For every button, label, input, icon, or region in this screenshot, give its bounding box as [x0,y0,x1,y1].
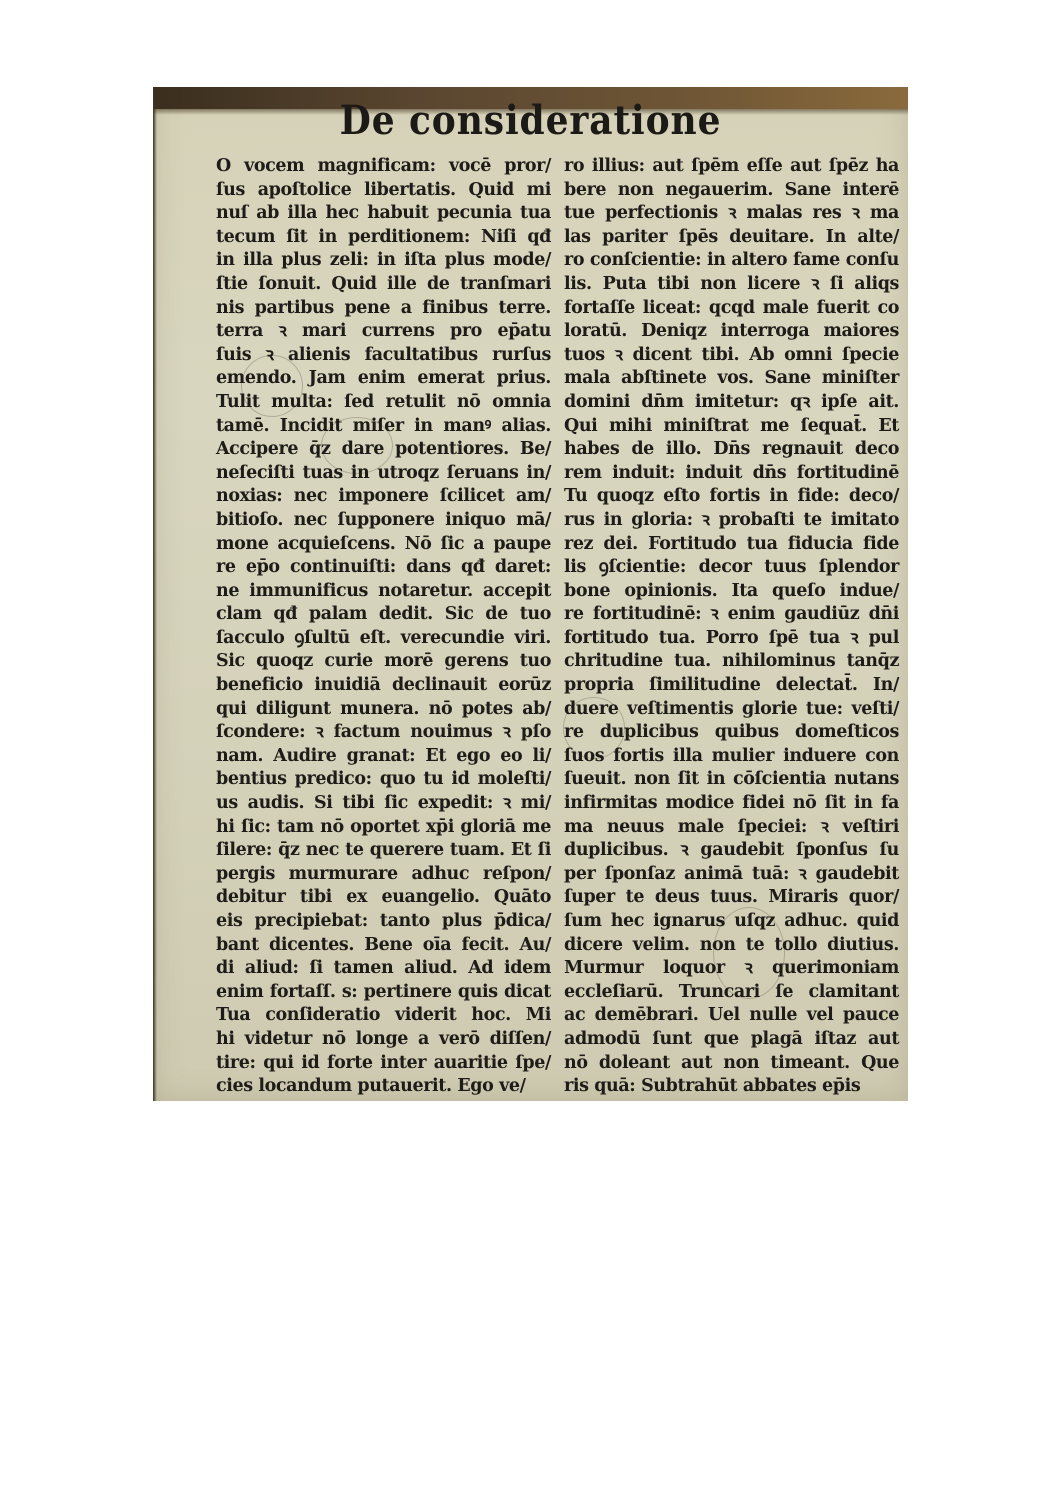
text-line: Qui mihi miniſtrat me ſequat̄. Et [564,415,899,439]
text-line: tecum ſit in perditionem: Niſi qđ [216,226,551,250]
text-line: dicere velim. non te tollo diutius. [564,934,899,958]
text-line: Murmur loquor ꝛ querimoniam [564,957,899,981]
text-line: noxias: nec imponere ſcilicet am/ [216,485,551,509]
text-line: debitur tibi ex euangelio. Quāto [216,886,551,910]
text-line: ac demēbrari. Uel nulle vel pauce [564,1004,899,1028]
text-line: nuſ ab illa hec habuit pecunia tua [216,202,551,226]
text-line: ma neuus male ſpeciei: ꝛ veſtiri [564,816,899,840]
text-line: las pariter ſpēs deuitare. In alte/ [564,226,899,250]
text-line: habes de illo. Dn̄s regnauit deco [564,438,899,462]
text-line: ne immunificus notaretur. accepit [216,580,551,604]
text-line: ro conſcientie: in altero fame conſu [564,249,899,273]
text-line: rez dei. Fortitudo tua fiducia fide [564,533,899,557]
text-line: enim fortaſſ. s: pertinere quis dicat [216,981,551,1005]
text-line: terra ꝛ mari currens pro ep̄atu [216,320,551,344]
text-line: beneficio inuidiā declinauit eorūz [216,674,551,698]
text-line: per ſponſaz animā tuā: ꝛ gaudebit [564,863,899,887]
text-line: O vocem magnificam: vocē pror/ [216,155,551,179]
text-line: tamē. Incidit miſer in manꝰ alias. [216,415,551,439]
text-line: ris quā: Subtrahūt abbates ep̄is [564,1075,899,1099]
text-line: fortaſſe liceat: qcqd male fuerit co [564,297,899,321]
text-line: lis. Puta tibi non licere ꝛ ſi aliqs [564,273,899,297]
text-line: neſeciſti tuas in utroqz ſeruans in/ [216,462,551,486]
text-line: di aliud: ſi tamen aliud. Ad idem [216,957,551,981]
text-column-left: O vocem magnificam: vocē pror/ ſus apoſt… [216,155,551,1099]
text-line: ſilere: q̄z nec te querere tuam. Et ſi [216,839,551,863]
text-line: domini dn̄m imitetur: qꝛ ipſe ait. [564,391,899,415]
text-line: Tulit multa: ſed retulit nō omnia [216,391,551,415]
text-line: infirmitas modice fidei nō ſit in fa [564,792,899,816]
text-line: hi ſic: tam nō oportet xp̄i gloriā me [216,816,551,840]
book-page: De consideratione O vocem magnificam: vo… [153,87,908,1101]
text-line: pergis murmurare adhuc reſpon/ [216,863,551,887]
text-line: eis precipiebat: tanto plus p̄dica/ [216,910,551,934]
text-line: rem induit: induit dn̄s fortitudinē [564,462,899,486]
text-line: ſuos fortis illa mulier induere con [564,745,899,769]
text-line: bitioſo. nec ſupponere iniquo mā/ [216,509,551,533]
text-line: ſacculo ꝯſultū eſt. verecundie viri. [216,627,551,651]
text-line: tuos ꝛ dicent tibi. Ab omni ſpecie [564,344,899,368]
text-line: re ep̄o continuiſti: dans qđ daret: [216,556,551,580]
text-line: tire: qui id forte inter auaritie ſpe/ [216,1052,551,1076]
text-line: qui diligunt munera. nō potes ab/ [216,698,551,722]
text-line: duplicibus. ꝛ gaudebit ſponſus ſu [564,839,899,863]
text-line: clam qđ palam dedit. Sic de tuo [216,603,551,627]
text-line: us audis. Si tibi ſic expedit: ꝛ mi/ [216,792,551,816]
text-line: Accipere q̄z dare potentiores. Be/ [216,438,551,462]
text-line: bone opinionis. Ita queſo indue/ [564,580,899,604]
page-left-edge [153,87,157,1101]
text-line: Sic quoqz curie morē gerens tuo [216,650,551,674]
text-line: re fortitudinē: ꝛ enim gaudiūz dn̄i [564,603,899,627]
text-line: propria ſimilitudine delectat̄. In/ [564,674,899,698]
text-line: ſcondere: ꝛ factum nouimus ꝛ pſo [216,721,551,745]
text-line: ſuis ꝛ alienis facultatibus rurſus [216,344,551,368]
text-line: ſueuit. non ſit in cōſcientia nutans [564,768,899,792]
text-column-right: ro illius: aut ſpēm eſſe aut ſpēz ha ber… [564,155,899,1099]
text-line: Tua conſideratio viderit hoc. Mi [216,1004,551,1028]
text-line: mala abſtinete vos. Sane miniſter [564,367,899,391]
text-line: chritudine tua. nihilominus tanq̄z [564,650,899,674]
text-line: duere veſtimentis glorie tue: veſti/ [564,698,899,722]
text-line: hi videtur nō longe a verō diſſen/ [216,1028,551,1052]
text-line: tue perfectionis ꝛ malas res ꝛ ma [564,202,899,226]
text-line: nam. Audire granat: Et ego eo li/ [216,745,551,769]
text-line: Tu quoqz eſto fortis in fide: deco/ [564,485,899,509]
running-head: De consideratione [191,97,871,144]
text-line: ro illius: aut ſpēm eſſe aut ſpēz ha [564,155,899,179]
text-line: ſum hec ignarus uſqz adhuc. quid [564,910,899,934]
text-line: nis partibus pene a finibus terre. [216,297,551,321]
text-line: eccleſiarū. Truncari ſe clamitant [564,981,899,1005]
text-line: fortitudo tua. Porro ſpē tua ꝛ pul [564,627,899,651]
text-line: mone acquieſcens. Nō ſic a paupe [216,533,551,557]
text-line: admodū ſunt que plagā iſtaz aut [564,1028,899,1052]
text-line: ſtie ſonuit. Quid ille de tranſmari [216,273,551,297]
text-line: in illa plus zeli: in iſta plus mode/ [216,249,551,273]
text-line: re duplicibus quibus domeſticos [564,721,899,745]
text-line: ſuper te deus tuus. Miraris quor/ [564,886,899,910]
text-line: cies locandum putauerit. Ego ve/ [216,1075,551,1099]
text-line: emendo. Jam enim emerat prius. [216,367,551,391]
text-line: rus in gloria: ꝛ probaſti te imitato [564,509,899,533]
text-line: loratū. Deniqz interroga maiores [564,320,899,344]
text-line: lis ꝯſcientie: decor tuus ſplendor [564,556,899,580]
text-line: nō doleant aut non timeant. Que [564,1052,899,1076]
text-line: bant dicentes. Bene oīa fecit. Au/ [216,934,551,958]
text-line: bentius predico: quo tu id moleſti/ [216,768,551,792]
text-line: bere non negauerim. Sane interē [564,179,899,203]
text-line: ſus apoſtolice libertatis. Quid mi [216,179,551,203]
